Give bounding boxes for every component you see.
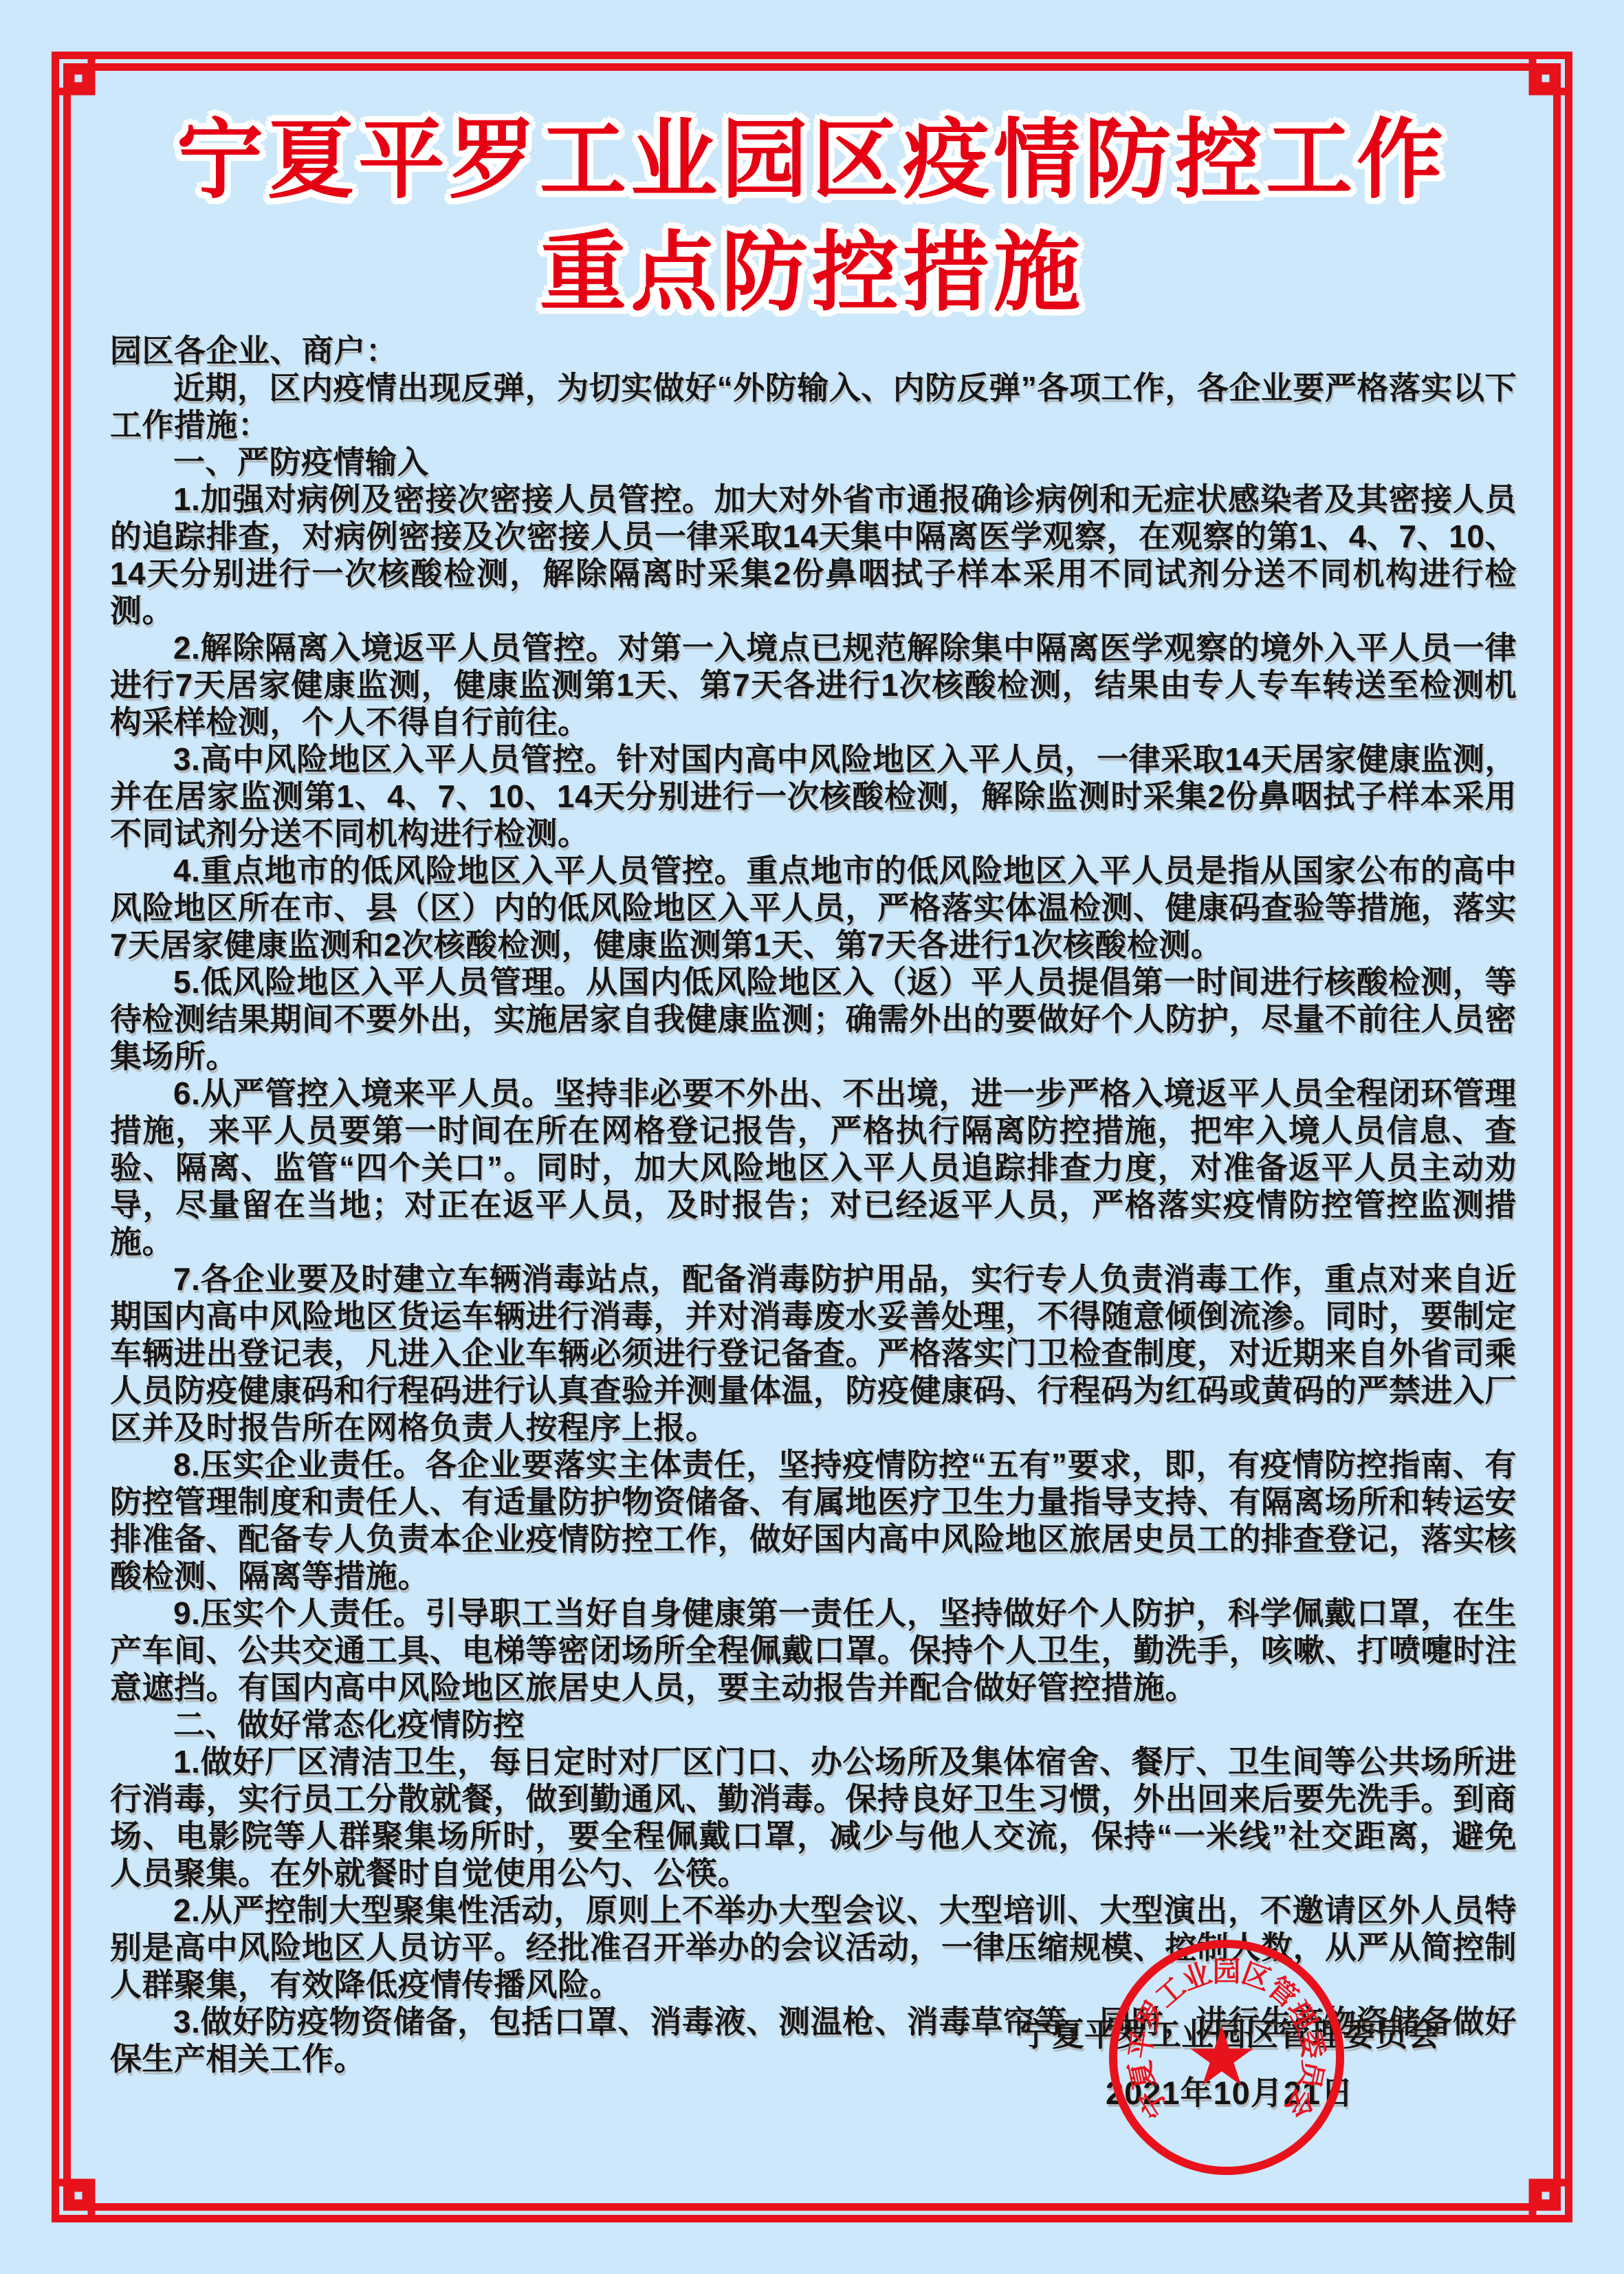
paragraph-body: 2.解除隔离入境返平人员管控。对第一入境点已规范解除集中隔离医学观察的境外入平人… [110,629,1517,741]
title-line-2: 重点防控措施 [0,216,1624,329]
seal-character: 园 [1213,1956,1241,1987]
paragraph-body: 1.做好厂区清洁卫生，每日定时对厂区门口、办公场所及集体宿舍、餐厅、卫生间等公共… [110,1743,1517,1892]
paragraph-body: 7.各企业要及时建立车辆消毒站点，配备消毒防护用品，实行专人负责消毒工作，重点对… [110,1260,1517,1446]
notice-page: 宁夏平罗工业园区疫情防控工作 重点防控措施 园区各企业、商户：近期，区内疫情出现… [0,0,1624,2274]
paragraph-body: 6.从严管控入境来平人员。坚持非必要不外出、不出境，进一步严格入境返平人员全程闭… [110,1075,1517,1260]
paragraph-body: 近期，区内疫情出现反弹，为切实做好“外防输入、内防反弹”各项工作，各企业要严格落… [110,369,1517,444]
paragraph-body: 4.重点地市的低风险地区入平人员管控。重点地市的低风险地区入平人员是指从国家公布… [110,852,1517,963]
paragraph-heading: 一、严防疫情输入 [110,444,1517,481]
paragraph-heading: 二、做好常态化疫情防控 [110,1706,1517,1743]
document-title: 宁夏平罗工业园区疫情防控工作 重点防控措施 [0,103,1624,329]
star-icon [1190,2026,1253,2086]
document-body: 园区各企业、商户：近期，区内疫情出现反弹，为切实做好“外防输入、内防反弹”各项工… [110,332,1517,2077]
paragraph-body: 8.压实企业责任。各企业要落实主体责任，坚持疫情防控“五有”要求，即，有疫情防控… [110,1446,1517,1595]
seal-arc-text: 宁夏平罗工业园区管理委员会 [1123,1956,1329,2123]
title-line-1: 宁夏平罗工业园区疫情防控工作 [0,103,1624,216]
official-seal: 宁夏平罗工业园区管理委员会 [1108,1939,1345,2176]
paragraph-body: 5.低风险地区入平人员管理。从国内低风险地区入（返）平人员提倡第一时间进行核酸检… [110,963,1517,1075]
paragraph-body: 1.加强对病例及密接次密接人员管控。加大对外省市通报确诊病例和无症状感染者及其密… [110,481,1517,629]
seal-character: 夏 [1124,2058,1161,2092]
seal-character: 委 [1294,2028,1330,2060]
paragraph-salutation: 园区各企业、商户： [110,332,1517,369]
paragraph-body: 3.高中风险地区入平人员管控。针对国内高中风险地区入平人员，一律采取14天居家健… [110,741,1517,852]
paragraph-body: 9.压实个人责任。引导职工当好自身健康第一责任人，坚持做好个人防护，科学佩戴口罩… [110,1595,1517,1706]
